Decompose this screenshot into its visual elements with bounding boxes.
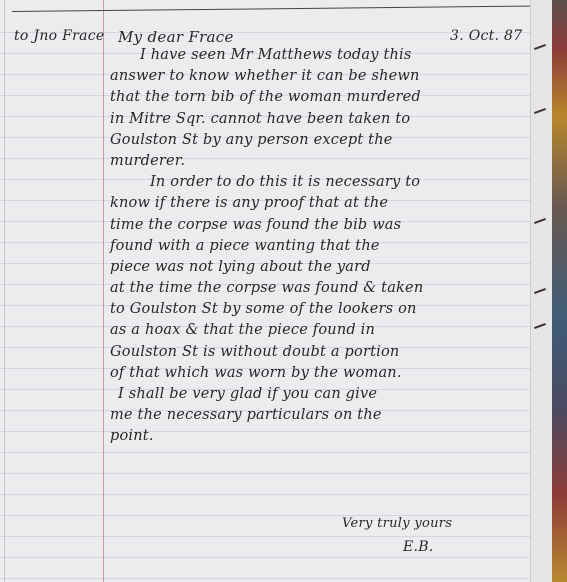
book-binding xyxy=(552,0,567,582)
letter-line: know if there is any proof that at the xyxy=(110,193,525,214)
margin-line xyxy=(103,0,104,582)
letter-line: of that which was worn by the woman. xyxy=(110,363,525,384)
letter-line: point. xyxy=(110,426,525,447)
letter-line: answer to know whether it can be shewn xyxy=(110,66,525,87)
letter-line: In order to do this it is necessary to xyxy=(110,172,525,193)
letter-line: to Goulston St by some of the lookers on xyxy=(110,299,525,320)
salutation: My dear Frace xyxy=(118,28,234,46)
letter-line: murderer. xyxy=(110,151,525,172)
letter-line: time the corpse was found the bib was xyxy=(110,215,525,236)
letter-line: at the time the corpse was found & taken xyxy=(110,278,525,299)
letter-body: I have seen Mr Matthews today thisanswer… xyxy=(110,45,525,448)
letter-date: 3. Oct. 87 xyxy=(450,28,522,44)
letter-line: I have seen Mr Matthews today this xyxy=(110,45,525,66)
margin-note-recipient: to Jno Frace xyxy=(14,28,105,44)
letter-line: piece was not lying about the yard xyxy=(110,257,525,278)
letter-line: that the torn bib of the woman murdered xyxy=(110,87,525,108)
signature: E.B. xyxy=(403,539,434,555)
closing: Very truly yours xyxy=(342,516,452,531)
letter-line: Goulston St by any person except the xyxy=(110,130,525,151)
letter-line: in Mitre Sqr. cannot have been taken to xyxy=(110,109,525,130)
header-rule xyxy=(12,6,530,12)
letter-book-page: to Jno Frace My dear Frace 3. Oct. 87 I … xyxy=(0,0,530,582)
letter-line: Goulston St is without doubt a portion xyxy=(110,342,525,363)
letter-line: found with a piece wanting that the xyxy=(110,236,525,257)
left-page-edge xyxy=(4,0,5,582)
letter-line: as a hoax & that the piece found in xyxy=(110,320,525,341)
letter-line: me the necessary particulars on the xyxy=(110,405,525,426)
letter-line: I shall be very glad if you can give xyxy=(110,384,525,405)
